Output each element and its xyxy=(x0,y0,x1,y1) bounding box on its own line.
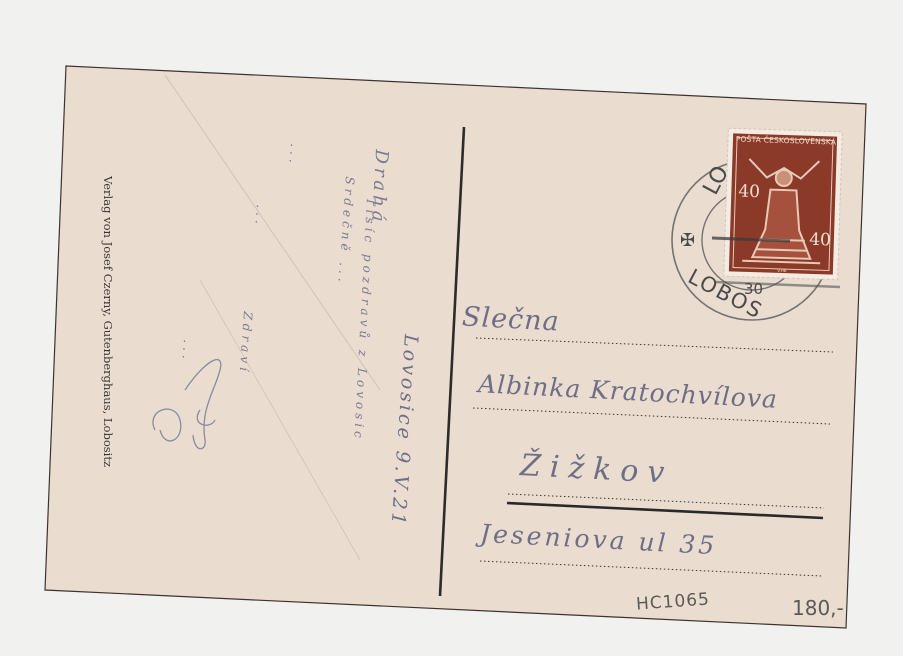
message-line: ... xyxy=(286,143,302,167)
stamp-country: POŠTA ČESKOSLOVENSKÁ xyxy=(734,134,838,146)
postmark-date: 30 xyxy=(744,280,763,298)
postcard-scene: LO ✠ LOBOS 30 POŠTA ČESKOSLOVENSKÁ 40 40… xyxy=(0,0,903,656)
signature-scribble xyxy=(145,330,235,460)
postcard-card xyxy=(0,0,903,656)
price-note: 180,- xyxy=(792,596,844,620)
stamp-value-left: 40 xyxy=(738,182,760,203)
postage-stamp: POŠTA ČESKOSLOVENSKÁ 40 40 V.HB xyxy=(726,129,843,278)
publisher-imprint: Verlag von Josef Czerny, Gutenberghaus, … xyxy=(101,176,115,467)
stamp-value-right: 40 xyxy=(809,230,831,251)
postmark-cross-icon: ✠ xyxy=(680,230,695,251)
stamp-printer-mark: V.HB xyxy=(726,266,838,275)
address-line-title: Slečna xyxy=(461,301,560,337)
message-line: ... xyxy=(252,204,268,228)
